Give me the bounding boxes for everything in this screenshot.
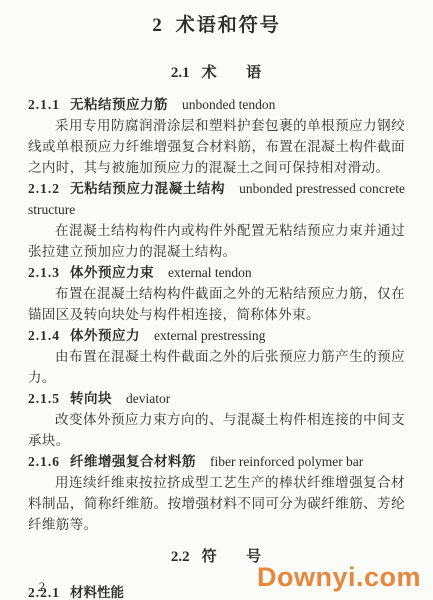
term-heading: 2.1.5转向块deviator — [28, 388, 405, 409]
term-en: external tendon — [168, 265, 252, 280]
term-definition: 布置在混凝土结构构件截面之外的无粘结预应力筋，仅在锚固区及转向块处与构件相连接，… — [28, 283, 405, 325]
document-page: 2术语和符号 2.1术 语 2.1.1无粘结预应力筋unbonded tendo… — [0, 0, 433, 600]
term-zh: 无粘结预应力筋 — [70, 97, 168, 112]
term-definition: 采用专用防腐润滑涂层和塑料护套包裹的单根预应力钢绞线或单根预应力纤维增强复合材料… — [28, 115, 405, 178]
term-definition: 用连续纤维束按拉挤成型工艺生产的棒状纤维增强复合材料制品，简称纤维筋。按增强材料… — [28, 472, 405, 535]
term-number: 2.1.4 — [28, 328, 60, 343]
term-number: 2.1.1 — [28, 97, 60, 112]
section-terms-heading: 2.1术 语 — [28, 64, 405, 82]
page-number: 2 — [38, 579, 45, 595]
section-symbols-title: 符 号 — [202, 549, 263, 565]
section-terms-title: 术 语 — [202, 65, 263, 81]
term-number: 2.1.2 — [28, 181, 60, 196]
section-symbols-number: 2.2 — [171, 549, 190, 565]
term-heading: 2.1.2无粘结预应力混凝土结构unbonded prestressed con… — [28, 178, 405, 220]
term-zh: 纤维增强复合材料筋 — [70, 454, 196, 469]
watermark: Downyi.com — [257, 564, 421, 591]
term-entry-2-1-5: 2.1.5转向块deviator 改变体外预应力束方向的、与混凝土构件相连接的中… — [28, 388, 405, 451]
term-entry-2-1-1: 2.1.1无粘结预应力筋unbonded tendon 采用专用防腐润滑涂层和塑… — [28, 94, 405, 178]
term-zh: 体外预应力束 — [70, 265, 154, 280]
term-en: external prestressing — [154, 328, 265, 343]
section-terms-number: 2.1 — [171, 65, 190, 81]
term-number: 2.1.5 — [28, 391, 60, 406]
term-heading: 2.1.6纤维增强复合材料筋fiber reinforced polymer b… — [28, 451, 405, 472]
chapter-number: 2 — [152, 15, 162, 36]
term-en: unbonded tendon — [182, 97, 275, 112]
term-heading: 2.1.3体外预应力束external tendon — [28, 262, 405, 283]
term-heading: 2.1.4体外预应力external prestressing — [28, 325, 405, 346]
term-zh: 无粘结预应力混凝土结构 — [70, 181, 225, 196]
chapter-title-text: 术语和符号 — [176, 15, 281, 36]
chapter-title: 2术语和符号 — [28, 14, 405, 38]
term-zh: 体外预应力 — [70, 328, 140, 343]
term-en: fiber reinforced polymer bar — [210, 454, 363, 469]
subsection-title: 材料性能 — [70, 585, 124, 600]
term-number: 2.1.6 — [28, 454, 60, 469]
term-definition: 改变体外预应力束方向的、与混凝土构件相连接的中间支承块。 — [28, 409, 405, 451]
term-definition: 在混凝土结构构件内或构件外配置无粘结预应力束并通过张拉建立预加应力的混凝土结构。 — [28, 220, 405, 262]
term-zh: 转向块 — [70, 391, 112, 406]
term-entry-2-1-4: 2.1.4体外预应力external prestressing 由布置在混凝土构… — [28, 325, 405, 388]
term-entry-2-1-3: 2.1.3体外预应力束external tendon 布置在混凝土结构构件截面之… — [28, 262, 405, 325]
term-entry-2-1-6: 2.1.6纤维增强复合材料筋fiber reinforced polymer b… — [28, 451, 405, 535]
term-entry-2-1-2: 2.1.2无粘结预应力混凝土结构unbonded prestressed con… — [28, 178, 405, 262]
term-definition: 由布置在混凝土构件截面之外的后张预应力筋产生的预应力。 — [28, 346, 405, 388]
term-heading: 2.1.1无粘结预应力筋unbonded tendon — [28, 94, 405, 115]
term-number: 2.1.3 — [28, 265, 60, 280]
term-en: deviator — [126, 391, 170, 406]
terms-list: 2.1.1无粘结预应力筋unbonded tendon 采用专用防腐润滑涂层和塑… — [28, 94, 405, 535]
